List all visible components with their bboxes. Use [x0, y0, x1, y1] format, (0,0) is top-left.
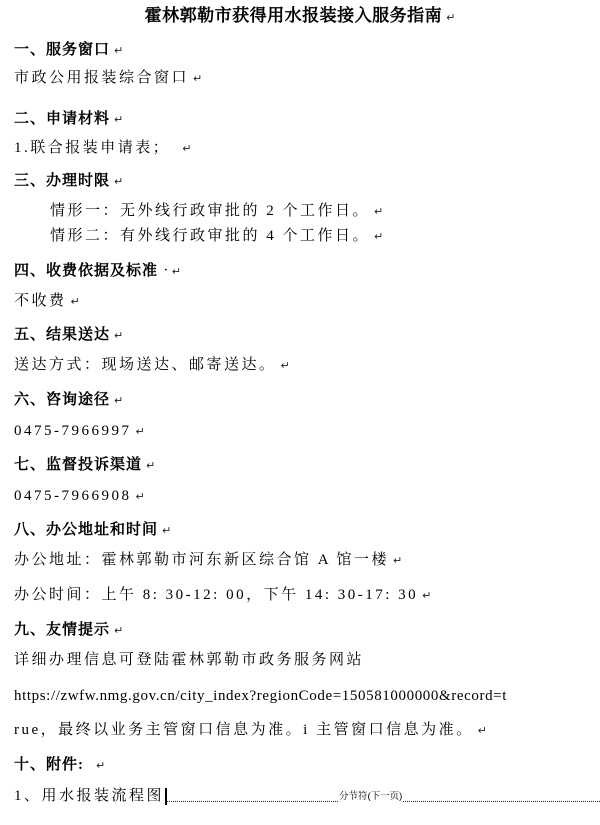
- paragraph-mark: ↵: [374, 205, 383, 218]
- heading-text: 二、申请材料: [14, 111, 110, 127]
- paragraph-mark: ↵: [114, 113, 123, 126]
- heading-result-delivery: 五、结果送达↵: [14, 326, 592, 345]
- paragraph-mark: ↵: [136, 490, 145, 503]
- heading-processing-time: 三、办理时限↵: [14, 172, 592, 191]
- section-break-dots-left: [167, 801, 338, 802]
- text-cursor: [165, 788, 167, 805]
- body-text: 0475-7966997: [14, 423, 132, 439]
- heading-text: 六、咨询途径: [14, 392, 110, 408]
- body-complaint-phone: 0475-7966908↵: [14, 487, 592, 506]
- paragraph-mark: ↵: [114, 329, 123, 342]
- paragraph-mark: ↵: [393, 554, 402, 567]
- url-text: https://zwfw.nmg.gov.cn/city_index?regio…: [14, 688, 507, 704]
- heading-text: 九、友情提示: [14, 622, 110, 638]
- body-text: 市政公用报装综合窗口: [14, 70, 189, 86]
- body-text: 情形一：无外线行政审批的 2 个工作日。: [50, 203, 370, 219]
- paragraph-mark: ↵: [114, 44, 123, 57]
- body-consultation-phone: 0475-7966997↵: [14, 422, 592, 441]
- heading-text: 八、办公地址和时间: [14, 522, 158, 538]
- heading-office-address-time: 八、办公地址和时间↵: [14, 521, 592, 540]
- paragraph-mark: ↵: [136, 425, 145, 438]
- paragraph-mark: ↵: [114, 624, 123, 637]
- heading-text: 十、附件:: [14, 757, 84, 773]
- heading-fee-basis: 四、收费依据及标准·↵: [14, 261, 592, 281]
- paragraph-mark: ↵: [478, 724, 487, 737]
- paragraph-mark: ↵: [162, 524, 171, 537]
- heading-complaint-channel: 七、监督投诉渠道↵: [14, 456, 592, 475]
- heading-consultation-channel: 六、咨询途径↵: [14, 391, 592, 410]
- body-text: 不收费: [14, 293, 67, 309]
- section-break-dots-right: [403, 801, 600, 802]
- paragraph-mark: ↵: [374, 230, 383, 243]
- section-break-label: 分节符(下一页): [338, 788, 403, 806]
- body-application-form: 1.联合报装申请表；↵: [14, 139, 592, 158]
- heading-friendly-reminder: 九、友情提示↵: [14, 621, 592, 640]
- heading-text: 五、结果送达: [14, 327, 110, 343]
- heading-text: 三、办理时限: [14, 173, 110, 189]
- heading-text: 四、收费依据及标准: [14, 263, 158, 279]
- body-case-two: 情形二：有外线行政审批的 4 个工作日。↵: [14, 227, 592, 246]
- title-text: 霍林郭勒市获得用水报装接入服务指南: [145, 6, 443, 25]
- paragraph-mark: ↵: [71, 295, 80, 308]
- body-no-fee: 不收费↵: [14, 292, 592, 311]
- body-service-url: https://zwfw.nmg.gov.cn/city_index?regio…: [14, 687, 592, 705]
- attachment-flowchart-line: 1、用水报装流程图 分节符(下一页): [14, 786, 600, 805]
- paragraph-mark: ↵: [146, 459, 155, 472]
- paragraph-mark: ↵: [114, 175, 123, 188]
- body-reminder-intro: 详细办理信息可登陆霍林郭勒市政务服务网站: [14, 651, 592, 669]
- space-mark: ·: [164, 264, 168, 276]
- body-reminder-continued: rue，最终以业务主管窗口信息为准。i 主管窗口信息为准。↵: [14, 721, 592, 740]
- body-text: 详细办理信息可登陆霍林郭勒市政务服务网站: [14, 652, 364, 668]
- body-text: 1.联合报装申请表；: [14, 140, 170, 156]
- heading-service-window: 一、服务窗口↵: [14, 41, 592, 60]
- heading-text: 七、监督投诉渠道: [14, 457, 142, 473]
- body-delivery-method: 送达方式：现场送达、邮寄送达。↵: [14, 356, 592, 375]
- body-text: 0475-7966908: [14, 488, 132, 504]
- heading-attachments: 十、附件:↵: [14, 756, 592, 775]
- body-text: 办公时间：上午 8: 30-12: 00，下午 14: 30-17: 30: [14, 587, 418, 603]
- body-service-window: 市政公用报装综合窗口↵: [14, 69, 592, 88]
- body-text: 送达方式：现场送达、邮寄送达。: [14, 357, 277, 373]
- paragraph-mark: ↵: [114, 394, 123, 407]
- body-text: rue，最终以业务主管窗口信息为准。i 主管窗口信息为准。: [14, 722, 474, 738]
- paragraph-mark: ↵: [96, 759, 105, 772]
- heading-text: 一、服务窗口: [14, 42, 110, 58]
- body-office-hours: 办公时间：上午 8: 30-12: 00，下午 14: 30-17: 30↵: [14, 586, 592, 605]
- body-text: 办公地址：霍林郭勒市河东新区综合馆 A 馆一楼: [14, 552, 389, 568]
- paragraph-mark: ↵: [193, 72, 202, 85]
- paragraph-mark: ↵: [281, 359, 290, 372]
- document-page[interactable]: 霍林郭勒市获得用水报装接入服务指南↵ 一、服务窗口↵ 市政公用报装综合窗口↵ 二…: [0, 0, 600, 825]
- paragraph-mark: ↵: [182, 142, 191, 155]
- heading-application-materials: 二、申请材料↵: [14, 110, 592, 129]
- body-text: 1、用水报装流程图: [14, 787, 164, 805]
- paragraph-mark: ↵: [446, 11, 455, 24]
- document-title: 霍林郭勒市获得用水报装接入服务指南↵: [0, 7, 600, 27]
- body-case-one: 情形一：无外线行政审批的 2 个工作日。↵: [14, 202, 592, 221]
- body-text: 情形二：有外线行政审批的 4 个工作日。: [50, 228, 370, 244]
- body-office-address: 办公地址：霍林郭勒市河东新区综合馆 A 馆一楼↵: [14, 551, 592, 570]
- paragraph-mark: ↵: [422, 589, 431, 602]
- paragraph-mark: ↵: [172, 265, 181, 278]
